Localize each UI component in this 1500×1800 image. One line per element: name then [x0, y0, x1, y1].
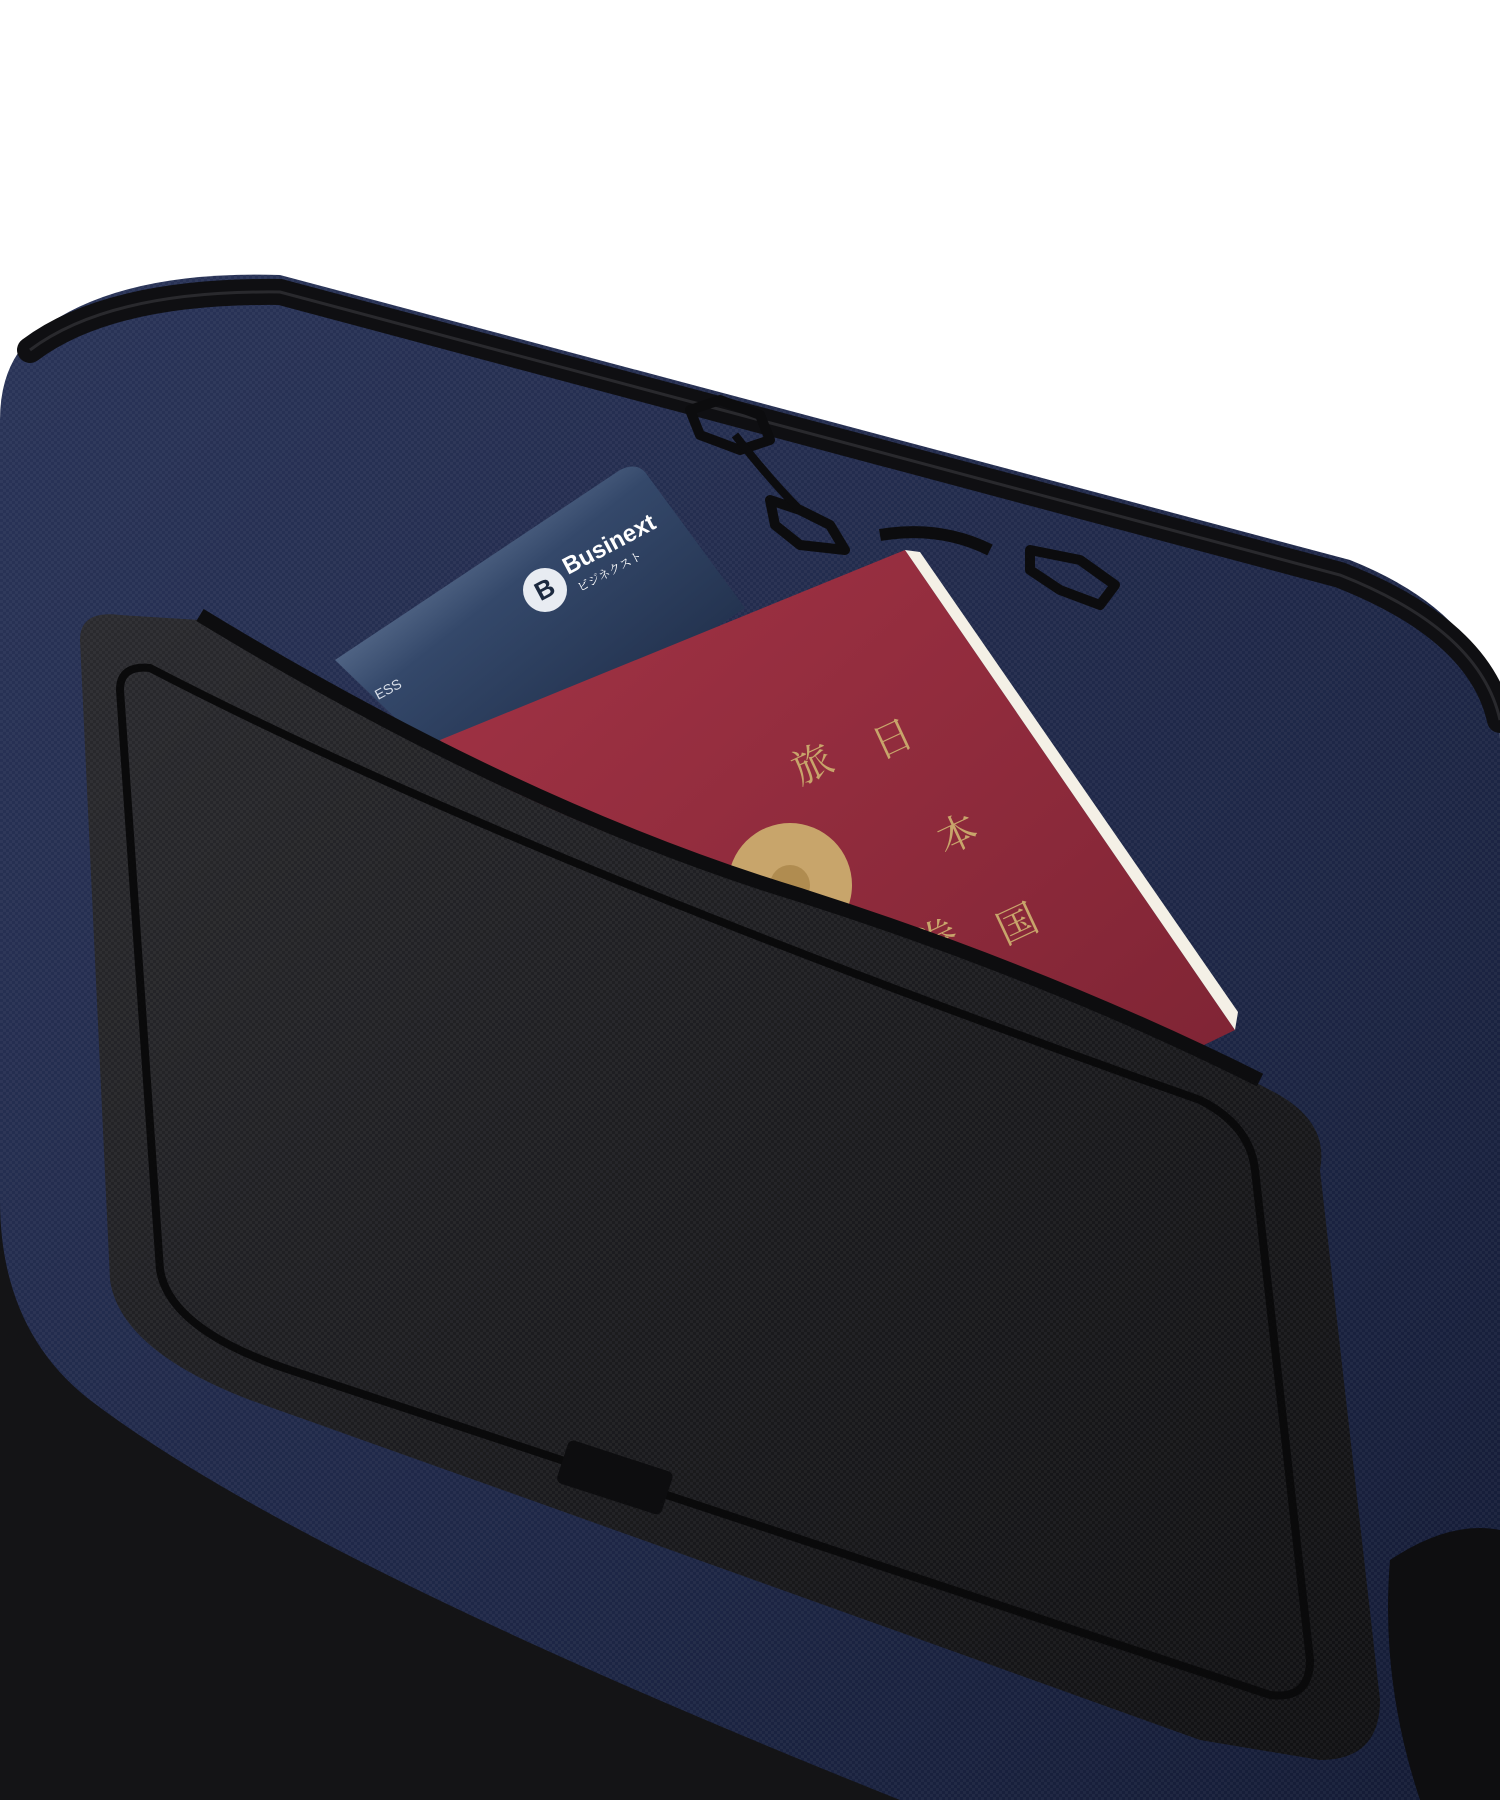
bag-illustration: B Businext ビジネクスト ESS 日 旅 本 国 券	[0, 0, 1500, 1800]
product-photo: B Businext ビジネクスト ESS 日 旅 本 国 券	[0, 0, 1500, 1800]
